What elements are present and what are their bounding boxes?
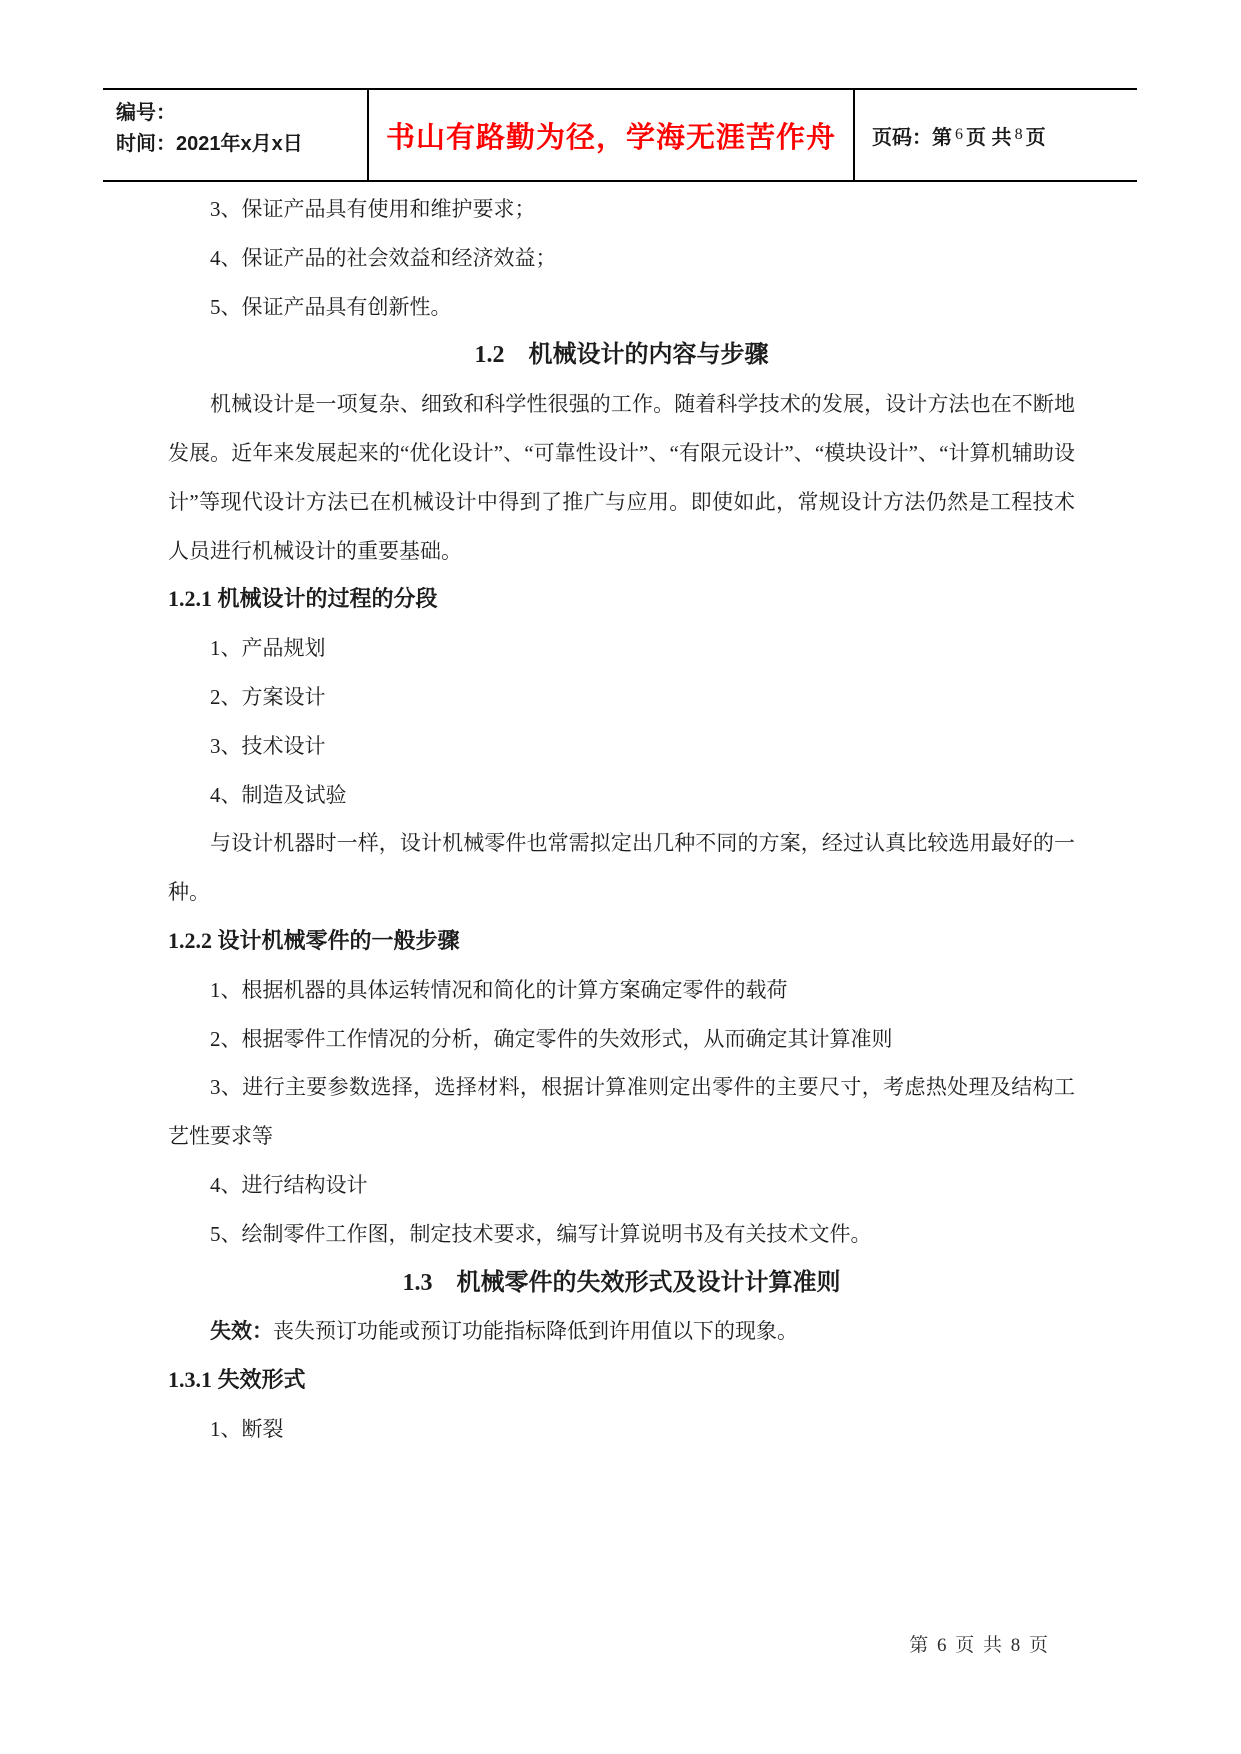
header-slogan-cell: 书山有路勤为径，学海无涯苦作舟 bbox=[367, 90, 855, 180]
subsection-heading-1-2-2: 1.2.2 设计机械零件的一般步骤 bbox=[168, 917, 1075, 966]
doc-number-label: 编号： bbox=[116, 98, 367, 129]
page-label-mid: 页 共 bbox=[966, 121, 1012, 150]
list-item: 4、保证产品的社会效益和经济效益； bbox=[168, 234, 1075, 283]
document-body: 3、保证产品具有使用和维护要求； 4、保证产品的社会效益和经济效益； 5、保证产… bbox=[168, 185, 1075, 1454]
section-heading-1-3: 1.3 机械零件的失效形式及设计计算准则 bbox=[168, 1259, 1075, 1308]
term-text: 丧失预订功能或预订功能指标降低到许用值以下的现象。 bbox=[273, 1319, 798, 1343]
footer-page-number: 第 6 页 共 8 页 bbox=[909, 1630, 1050, 1657]
list-item: 2、根据零件工作情况的分析，确定零件的失效形式，从而确定其计算准则 bbox=[168, 1015, 1075, 1064]
paragraph-section-1-2-note: 与设计机器时一样，设计机械零件也常需拟定出几种不同的方案，经过认真比较选用最好的… bbox=[168, 819, 1075, 917]
list-item: 5、保证产品具有创新性。 bbox=[168, 283, 1075, 332]
list-item: 2、方案设计 bbox=[168, 673, 1075, 722]
page-total-number: 8 bbox=[1012, 126, 1026, 144]
header-table: 编号： 时间：2021年x月x日 书山有路勤为径，学海无涯苦作舟 页码：第6页 … bbox=[103, 88, 1137, 182]
paragraph-failure-definition: 失效：丧失预订功能或预订功能指标降低到许用值以下的现象。 bbox=[168, 1307, 1075, 1356]
header-slogan: 书山有路勤为径，学海无涯苦作舟 bbox=[386, 115, 836, 156]
subsection-heading-1-3-1: 1.3.1 失效形式 bbox=[168, 1356, 1075, 1405]
list-item: 5、绘制零件工作图，制定技术要求，编写计算说明书及有关技术文件。 bbox=[168, 1210, 1075, 1259]
list-item: 3、进行主要参数选择，选择材料，根据计算准则定出零件的主要尺寸，考虑热处理及结构… bbox=[168, 1063, 1075, 1161]
document-page: 编号： 时间：2021年x月x日 书山有路勤为径，学海无涯苦作舟 页码：第6页 … bbox=[0, 0, 1241, 1754]
header-page-cell: 页码：第6页 共8页 bbox=[855, 90, 1137, 180]
list-item: 1、根据机器的具体运转情况和简化的计算方案确定零件的载荷 bbox=[168, 966, 1075, 1015]
doc-time-label: 时间：2021年x月x日 bbox=[116, 129, 367, 160]
list-item: 4、制造及试验 bbox=[168, 771, 1075, 820]
page-label-suffix: 页 bbox=[1026, 121, 1046, 150]
list-item: 3、保证产品具有使用和维护要求； bbox=[168, 185, 1075, 234]
header-meta-cell: 编号： 时间：2021年x月x日 bbox=[103, 90, 367, 180]
list-item: 1、断裂 bbox=[168, 1405, 1075, 1454]
paragraph-section-1-2-intro: 机械设计是一项复杂、细致和科学性很强的工作。随着科学技术的发展，设计方法也在不断… bbox=[168, 380, 1075, 575]
list-item: 3、技术设计 bbox=[168, 722, 1075, 771]
subsection-heading-1-2-1: 1.2.1 机械设计的过程的分段 bbox=[168, 575, 1075, 624]
page-label-prefix: 页码：第 bbox=[872, 121, 952, 150]
section-heading-1-2: 1.2 机械设计的内容与步骤 bbox=[168, 331, 1075, 380]
list-item: 4、进行结构设计 bbox=[168, 1161, 1075, 1210]
list-item: 1、产品规划 bbox=[168, 624, 1075, 673]
term-label: 失效： bbox=[210, 1319, 273, 1343]
page-current-number: 6 bbox=[952, 126, 966, 144]
